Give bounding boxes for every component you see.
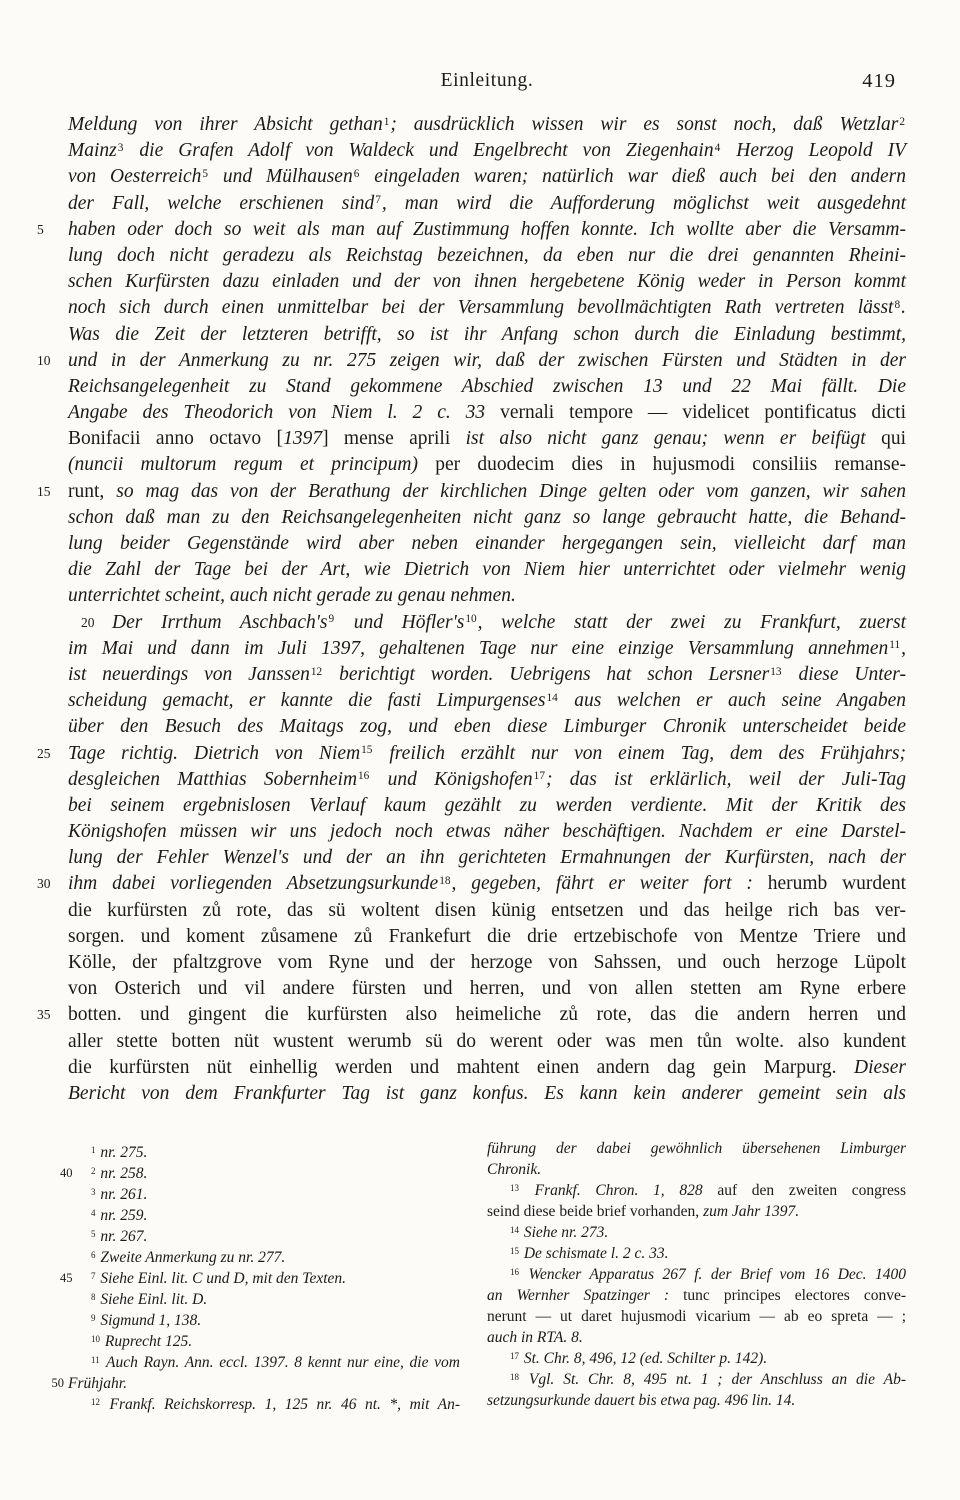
footnote-marker: 14 — [545, 692, 558, 704]
text-line: 13 Frankf. Chron. 1, 828 auf den zweiten… — [487, 1180, 906, 1201]
page-header: Einleitung. 419 — [68, 70, 906, 96]
text-line: 18 Vgl. St. Chr. 8, 495 nt. 1 ; der Ansc… — [487, 1369, 906, 1390]
text-line: 30ihm dabei vorliegenden Absetzungsurkun… — [68, 871, 906, 897]
margin-line-number: 50 — [38, 1373, 64, 1394]
text-line: seind diese beide brief vorhanden, zum J… — [487, 1201, 906, 1222]
text-segment: diese Unter- — [783, 664, 906, 685]
margin-line-number: 25 — [37, 741, 63, 767]
footnote-marker: 11 — [888, 639, 901, 651]
text-line: bei seinem ergebnislosen Verlauf kaum ge… — [68, 793, 906, 819]
text-line: 35botten. und gingent die kurfürsten als… — [68, 1002, 906, 1028]
text-segment: und in der Anmerkung zu nr. 275 zeigen w… — [68, 350, 906, 371]
text-segment: , man wird die Aufforderung möglichst we… — [382, 193, 906, 214]
footnote-marker: 17 — [509, 1351, 520, 1361]
text-segment: runt, — [68, 481, 116, 502]
text-segment: Wencker Apparatus 267 f. der Brief vom 1… — [520, 1266, 906, 1283]
text-line: 11 Auch Rayn. Ann. eccl. 1397. 8 kennt n… — [68, 1352, 460, 1373]
text-line: lung doch nicht geradezu als Reichstag b… — [68, 243, 906, 269]
footnote-marker: 18 — [509, 1372, 520, 1382]
scanned-book-page: Einleitung. 419 Meldung von ihrer Absich… — [0, 0, 960, 1500]
text-line: 457 Siehe Einl. lit. C und D, mit den Te… — [68, 1268, 460, 1289]
text-line: aller stette botten nüt wustent werumb s… — [68, 1029, 906, 1055]
text-line: Meldung von ihrer Absicht gethan1; ausdr… — [68, 112, 906, 138]
text-segment: haben oder doch so weit als man auf Zust… — [68, 219, 906, 240]
text-segment: Reichsangelegenheit zu Stand gekommene A… — [68, 376, 906, 397]
text-segment: Zweite Anmerkung zu nr. 277. — [97, 1249, 286, 1266]
text-segment: setzungsurkunde dauert bis etwa pag. 496… — [487, 1392, 795, 1409]
text-line: an Wernher Spatzinger : tunc principes e… — [487, 1285, 906, 1306]
text-segment: führung der dabei gewöhnlich übersehenen… — [487, 1140, 906, 1157]
text-line: 3 nr. 261. — [68, 1184, 460, 1205]
text-segment: die Zahl der Tage bei der Art, wie Dietr… — [68, 559, 906, 580]
text-line: 10 Ruprecht 125. — [68, 1331, 460, 1352]
text-segment: ; das ist erklärlich, weil der Juli-Tag — [546, 769, 906, 790]
text-line: lung der Fehler Wenzel's und der an ihn … — [68, 845, 906, 871]
text-line: die kurfürsten nüt einhellig werden und … — [68, 1055, 906, 1081]
text-line: noch sich durch einen unmittelbar bei de… — [68, 295, 906, 321]
footnote-marker: 12 — [310, 666, 323, 678]
footnote-marker: 7 — [374, 194, 382, 206]
footnote-marker: 12 — [90, 1397, 101, 1407]
footnote-marker: 16 — [509, 1267, 520, 1277]
text-segment: nr. 261. — [97, 1186, 148, 1203]
text-segment: qui — [881, 428, 906, 449]
text-segment: nr. 258. — [97, 1165, 148, 1182]
text-line: 402 nr. 258. — [68, 1163, 460, 1184]
margin-line-number: 5 — [37, 217, 63, 243]
text-line: 10und in der Anmerkung zu nr. 275 zeigen… — [68, 348, 906, 374]
text-line: desgleichen Matthias Sobernheim16 und Kö… — [68, 767, 906, 793]
text-segment: lung beider Gegenstände wird aber neben … — [68, 533, 906, 554]
text-segment: seind diese beide brief vorhanden, — [487, 1203, 703, 1220]
text-segment: und Mülhausen — [209, 166, 353, 187]
footnote-marker: 2 — [898, 116, 906, 128]
text-segment: eingeladen waren; natürlich war dieß auc… — [360, 166, 906, 187]
text-line: der Fall, welche erschienen sind7, man w… — [68, 191, 906, 217]
text-line: schon daß man zu den Reichsangelegenheit… — [68, 505, 906, 531]
text-segment: der Fall, welche erschienen sind — [68, 193, 374, 214]
text-segment: Frankf. Reichskorresp. 1, 125 nr. 46 nt.… — [101, 1396, 460, 1413]
text-segment: von Oesterreich — [68, 166, 201, 187]
text-segment: unterrichtet scheint, auch nicht gerade … — [68, 585, 516, 606]
text-segment: Dieser — [854, 1057, 906, 1078]
text-line: auch in RTA. 8. — [487, 1327, 906, 1348]
text-line: führung der dabei gewöhnlich übersehenen… — [487, 1138, 906, 1159]
text-line: 8 Siehe Einl. lit. D. — [68, 1289, 460, 1310]
text-segment: Sigmund 1, 138. — [97, 1312, 202, 1329]
text-line: Kölle, der pfaltzgrove vom Ryne und der … — [68, 950, 906, 976]
footnote-marker: 13 — [509, 1183, 520, 1193]
footnote-marker: 6 — [90, 1250, 97, 1260]
text-segment: scheidung gemacht, er kannte die fasti L… — [68, 690, 545, 711]
body-text: Meldung von ihrer Absicht gethan1; ausdr… — [68, 112, 906, 1107]
text-segment: über den Besuch des Maitags zog, und ebe… — [68, 716, 906, 737]
text-segment: und Höfler's — [335, 612, 464, 633]
text-segment: . — [901, 297, 906, 318]
text-line: die kurfürsten zů rote, das sü woltent d… — [68, 898, 906, 924]
text-segment: Bonifacii anno octavo [ — [68, 428, 283, 449]
text-line: Was die Zeit der letzteren betrifft, so … — [68, 322, 906, 348]
text-line: von Osterich und vil andere fürsten und … — [68, 976, 906, 1002]
text-segment: zum Jahr 1397. — [703, 1203, 799, 1220]
text-segment: Angabe des Theodorich von Niem l. 2 c. 3… — [68, 402, 500, 423]
text-segment: vernali tempore — videlicet pontificatus… — [500, 402, 906, 423]
text-segment: schen Kurfürsten dazu einladen und der v… — [68, 271, 906, 292]
text-segment: lung doch nicht geradezu als Reichstag b… — [68, 245, 906, 266]
footnote-marker: 10 — [464, 613, 477, 625]
text-line: 15 De schismate l. 2 c. 33. — [487, 1243, 906, 1264]
text-segment: tunc principes electores conve- — [683, 1287, 906, 1304]
text-segment: Frühjahr. — [68, 1375, 127, 1392]
text-line: Angabe des Theodorich von Niem l. 2 c. 3… — [68, 400, 906, 426]
text-segment: Chronik. — [487, 1161, 541, 1178]
footnote-marker: 3 — [90, 1187, 97, 1197]
text-line: Bonifacii anno octavo [1397] mense april… — [68, 426, 906, 452]
text-line: setzungsurkunde dauert bis etwa pag. 496… — [487, 1390, 906, 1411]
footnote-marker: 1 — [383, 116, 391, 128]
text-line: 4 nr. 259. — [68, 1205, 460, 1226]
running-title: Einleitung. — [68, 70, 906, 92]
text-segment: und Königshofen — [370, 769, 532, 790]
text-segment: Siehe nr. 273. — [520, 1224, 608, 1241]
footnote-marker: 18 — [438, 875, 451, 887]
text-segment: berichtigt worden. Uebrigens hat schon L… — [323, 664, 769, 685]
text-line: lung beider Gegenstände wird aber neben … — [68, 531, 906, 557]
text-segment: Auch Rayn. Ann. eccl. 1397. 8 kennt nur … — [101, 1354, 460, 1371]
text-segment: Ruprecht 125. — [101, 1333, 192, 1350]
text-line: die Zahl der Tage bei der Art, wie Dietr… — [68, 557, 906, 583]
text-segment: (nuncii multorum regum et principum) — [68, 454, 435, 475]
text-segment: die Grafen Adolf von Waldeck und Engelbr… — [124, 140, 713, 161]
text-line: Bericht von dem Frankfurter Tag ist ganz… — [68, 1081, 906, 1107]
margin-line-number: 20 — [37, 610, 63, 636]
text-segment: bei seinem ergebnislosen Verlauf kaum ge… — [68, 795, 906, 816]
text-segment: nr. 267. — [97, 1228, 148, 1245]
text-segment: so mag das von der Berathung der kirchli… — [116, 481, 906, 502]
text-line: 5 nr. 267. — [68, 1226, 460, 1247]
margin-line-number: 35 — [37, 1002, 63, 1028]
text-segment: aus welchen er auch seine Angaben — [559, 690, 906, 711]
text-line: (nuncii multorum regum et principum) per… — [68, 452, 906, 478]
footnote-marker: 8 — [893, 299, 901, 311]
page-number: 419 — [862, 70, 896, 93]
text-segment: im Mai und dann im Juli 1397, gehaltenen… — [68, 638, 888, 659]
footnote-marker: 17 — [533, 770, 546, 782]
text-segment: St. Chr. 8, 496, 12 (ed. Schilter p. 142… — [520, 1350, 767, 1367]
text-segment: ist also nicht ganz genau; wenn er beifü… — [466, 428, 881, 449]
text-segment: Vgl. St. Chr. 8, 495 nt. 1 ; der Anschlu… — [520, 1371, 906, 1388]
text-line: 15runt, so mag das von der Berathung der… — [68, 479, 906, 505]
text-line: im Mai und dann im Juli 1397, gehaltenen… — [68, 636, 906, 662]
text-line: nerunt — ut daret hujusmodi vicarium — a… — [487, 1306, 906, 1327]
text-segment: desgleichen Matthias Sobernheim — [68, 769, 357, 790]
footnote-marker: 15 — [360, 744, 373, 756]
text-segment: herumb wurdent — [768, 873, 906, 894]
text-segment: Kölle, der pfaltzgrove vom Ryne und der … — [68, 952, 906, 973]
text-line: 9 Sigmund 1, 138. — [68, 1310, 460, 1331]
text-segment: Tage richtig. Dietrich von Niem — [68, 743, 360, 764]
text-segment: per duodecim dies in hujusmodi consiliis… — [435, 454, 906, 475]
text-line: 50Frühjahr. — [68, 1373, 460, 1394]
text-line: schen Kurfürsten dazu einladen und der v… — [68, 269, 906, 295]
text-segment: nr. 259. — [97, 1207, 148, 1224]
text-segment: ihm dabei vorliegenden Absetzungsurkunde — [68, 873, 438, 894]
text-line: Reichsangelegenheit zu Stand gekommene A… — [68, 374, 906, 400]
text-segment: ist neuerdings von Janssen — [68, 664, 310, 685]
text-segment: Siehe Einl. lit. D. — [97, 1291, 208, 1308]
text-line: ist neuerdings von Janssen12 berichtigt … — [68, 662, 906, 688]
text-segment: De schismate l. 2 c. 33. — [520, 1245, 669, 1262]
text-segment: sorgen. und koment zůsamene zů Frankefur… — [68, 926, 906, 947]
text-line: scheidung gemacht, er kannte die fasti L… — [68, 688, 906, 714]
text-line: sorgen. und koment zůsamene zů Frankefur… — [68, 924, 906, 950]
text-segment: 1397 — [283, 428, 322, 449]
margin-line-number: 30 — [37, 871, 63, 897]
text-line: 25Tage richtig. Dietrich von Niem15 frei… — [68, 741, 906, 767]
text-segment: Herzog Leopold IV — [721, 140, 906, 161]
text-segment: nerunt — ut daret hujusmodi vicarium — a… — [487, 1308, 906, 1325]
text-segment: Frankf. Chron. 1, 828 — [520, 1182, 717, 1199]
footnote-marker: 14 — [509, 1225, 520, 1235]
text-line: 20Der Irrthum Aschbach's9 und Höfler's10… — [68, 610, 906, 636]
text-segment: nr. 275. — [97, 1144, 148, 1161]
margin-line-number: 45 — [38, 1268, 64, 1289]
text-line: 5haben oder doch so weit als man auf Zus… — [68, 217, 906, 243]
footnote-marker: 1 — [90, 1145, 97, 1155]
text-segment: an Wernher Spatzinger : — [487, 1287, 683, 1304]
text-segment: ; ausdrücklich wissen wir es sonst noch,… — [390, 114, 898, 135]
text-line: 6 Zweite Anmerkung zu nr. 277. — [68, 1247, 460, 1268]
text-segment: , gegeben, fährt er weiter fort : — [452, 873, 768, 894]
footnote-marker: 9 — [90, 1313, 97, 1323]
text-line: Mainz3 die Grafen Adolf von Waldeck und … — [68, 138, 906, 164]
footnote-marker: 4 — [90, 1208, 97, 1218]
footnote-marker: 15 — [509, 1246, 520, 1256]
footnote-marker: 8 — [90, 1292, 97, 1302]
text-line: unterrichtet scheint, auch nicht gerade … — [68, 583, 906, 609]
text-segment: die kurfürsten zů rote, das sü woltent d… — [68, 900, 906, 921]
text-segment: , welche statt der zwei zu Frankfurt, zu… — [478, 612, 906, 633]
text-line: 16 Wencker Apparatus 267 f. der Brief vo… — [487, 1264, 906, 1285]
text-line: von Oesterreich5 und Mülhausen6 eingelad… — [68, 164, 906, 190]
text-line: 1 nr. 275. — [68, 1142, 460, 1163]
text-segment: noch sich durch einen unmittelbar bei de… — [68, 297, 893, 318]
margin-line-number: 10 — [37, 348, 63, 374]
text-segment: , — [901, 638, 906, 659]
text-segment: freilich erzählt nur von einem Tag, dem … — [373, 743, 906, 764]
text-segment: botten. und gingent die kurfürsten also … — [68, 1004, 906, 1025]
footnotes-right-column: führung der dabei gewöhnlich übersehenen… — [487, 1138, 906, 1411]
footnote-marker: 9 — [328, 613, 336, 625]
text-segment: lung der Fehler Wenzel's und der an ihn … — [68, 847, 906, 868]
text-segment: auch in RTA. 8. — [487, 1329, 583, 1346]
footnote-marker: 5 — [90, 1229, 97, 1239]
text-segment: aller stette botten nüt wustent werumb s… — [68, 1031, 906, 1052]
footnote-marker: 7 — [90, 1271, 97, 1281]
text-segment: ] mense aprili — [322, 428, 466, 449]
text-segment: Mainz — [68, 140, 117, 161]
text-line: 14 Siehe nr. 273. — [487, 1222, 906, 1243]
footnotes-left-column: 1 nr. 275.402 nr. 258.3 nr. 261.4 nr. 25… — [68, 1142, 460, 1415]
margin-line-number: 15 — [37, 479, 63, 505]
text-line: 17 St. Chr. 8, 496, 12 (ed. Schilter p. … — [487, 1348, 906, 1369]
footnote-marker: 16 — [357, 770, 370, 782]
footnote-marker: 13 — [769, 666, 782, 678]
text-line: Chronik. — [487, 1159, 906, 1180]
footnote-marker: 2 — [90, 1166, 97, 1176]
text-segment: Siehe Einl. lit. C und D, mit den Texten… — [97, 1270, 347, 1287]
text-segment: Königshofen müssen wir uns jedoch noch e… — [68, 821, 906, 842]
text-segment: Meldung von ihrer Absicht gethan — [68, 114, 383, 135]
text-segment: Bericht von dem Frankfurter Tag ist ganz… — [68, 1083, 906, 1104]
text-segment: Der Irrthum Aschbach's — [112, 612, 328, 633]
footnote-marker: 10 — [90, 1334, 101, 1344]
text-line: 12 Frankf. Reichskorresp. 1, 125 nr. 46 … — [68, 1394, 460, 1415]
text-segment: auf den zweiten congress — [717, 1182, 906, 1199]
text-segment: Was die Zeit der letzteren betrifft, so … — [68, 324, 906, 345]
footnote-marker: 5 — [201, 168, 209, 180]
footnote-marker: 4 — [714, 142, 722, 154]
footnote-marker: 6 — [353, 168, 361, 180]
text-segment: die kurfürsten nüt einhellig werden und … — [68, 1057, 854, 1078]
text-line: Königshofen müssen wir uns jedoch noch e… — [68, 819, 906, 845]
footnote-marker: 3 — [117, 142, 125, 154]
text-line: über den Besuch des Maitags zog, und ebe… — [68, 714, 906, 740]
text-segment: schon daß man zu den Reichsangelegenheit… — [68, 507, 906, 528]
margin-line-number: 40 — [38, 1163, 64, 1184]
footnote-marker: 11 — [90, 1355, 101, 1365]
text-segment: von Osterich und vil andere fürsten und … — [68, 978, 906, 999]
